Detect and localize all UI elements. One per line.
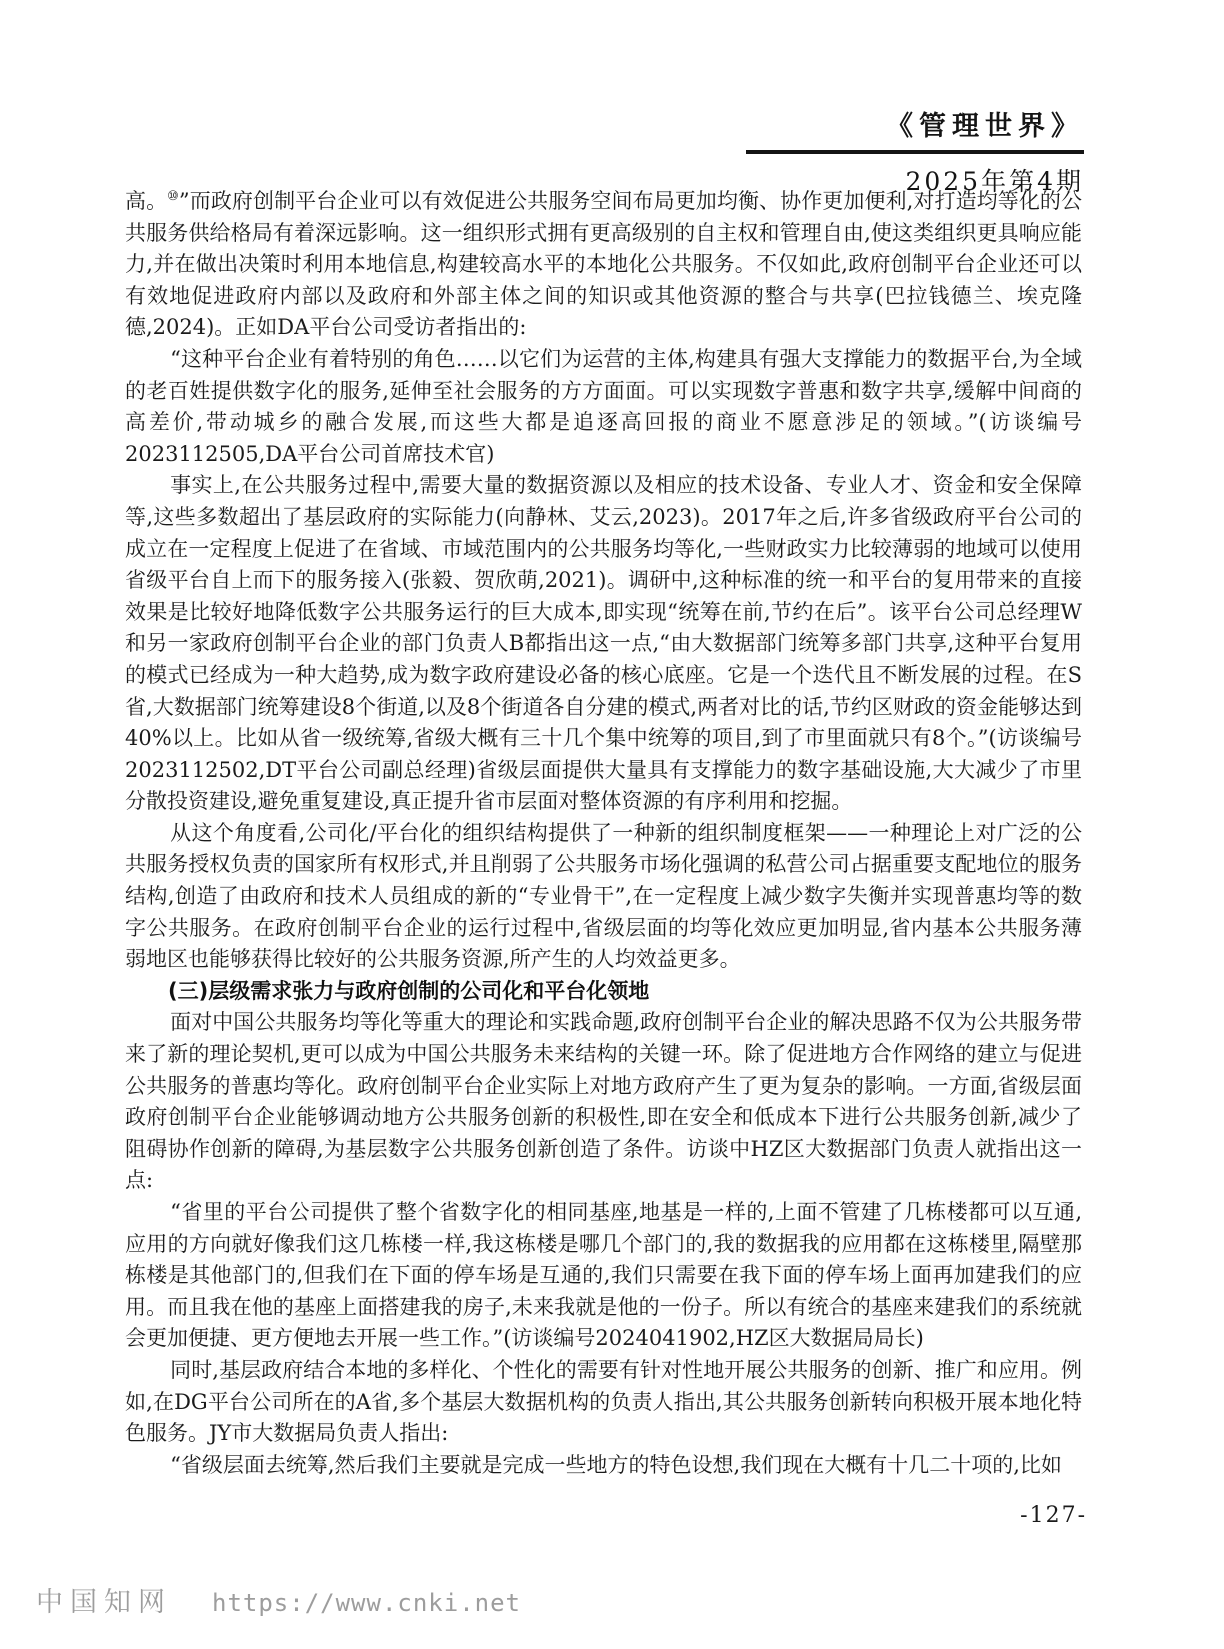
opening-text-after-note: ”而政府创制平台企业可以有效促进公共服务空间布局更加均衡、协作更加便利,对打造均… (125, 189, 1082, 339)
footnote-marker: ⑩ (167, 189, 179, 204)
opening-text: 高。 (125, 189, 167, 213)
article-body: 高。⑩”而政府创制平台企业可以有效促进公共服务空间布局更加均衡、协作更加便利,对… (125, 186, 1082, 1481)
journal-title: 《管理世界》 (746, 104, 1084, 143)
cnki-url: https://www.cnki.net (212, 1589, 521, 1617)
body-paragraph: 事实上,在公共服务过程中,需要大量的数据资源以及相应的技术设备、专业人才、资金和… (125, 470, 1082, 818)
interview-quote-paragraph: “省级层面去统筹,然后我们主要就是完成一些地方的特色设想,我们现在大概有十几二十… (125, 1450, 1082, 1482)
body-paragraph: 同时,基层政府结合本地的多样化、个性化的需要有针对性地开展公共服务的创新、推广和… (125, 1355, 1082, 1450)
cnki-watermark: 中国知网 https://www.cnki.net (36, 1580, 521, 1619)
cnki-site-name: 中国知网 (36, 1580, 172, 1619)
header-divider (746, 150, 1084, 154)
section-heading: (三)层级需求张力与政府创制的公司化和平台化领地 (125, 976, 1082, 1008)
interview-quote-paragraph: “这种平台企业有着特别的角色……以它们为运营的主体,构建具有强大支撑能力的数据平… (125, 344, 1082, 470)
paragraph-continued: 高。⑩”而政府创制平台企业可以有效促进公共服务空间布局更加均衡、协作更加便利,对… (125, 186, 1082, 344)
interview-quote-paragraph: “省里的平台公司提供了整个省数字化的相同基座,地基是一样的,上面不管建了几栋楼都… (125, 1197, 1082, 1355)
body-paragraph: 从这个角度看,公司化/平台化的组织结构提供了一种新的组织制度框架——一种理论上对… (125, 818, 1082, 976)
page-header: 《管理世界》 2025年第4期 (746, 104, 1084, 198)
page-number: -127- (1020, 1503, 1087, 1528)
body-paragraph: 面对中国公共服务均等化等重大的理论和实践命题,政府创制平台企业的解决思路不仅为公… (125, 1007, 1082, 1197)
